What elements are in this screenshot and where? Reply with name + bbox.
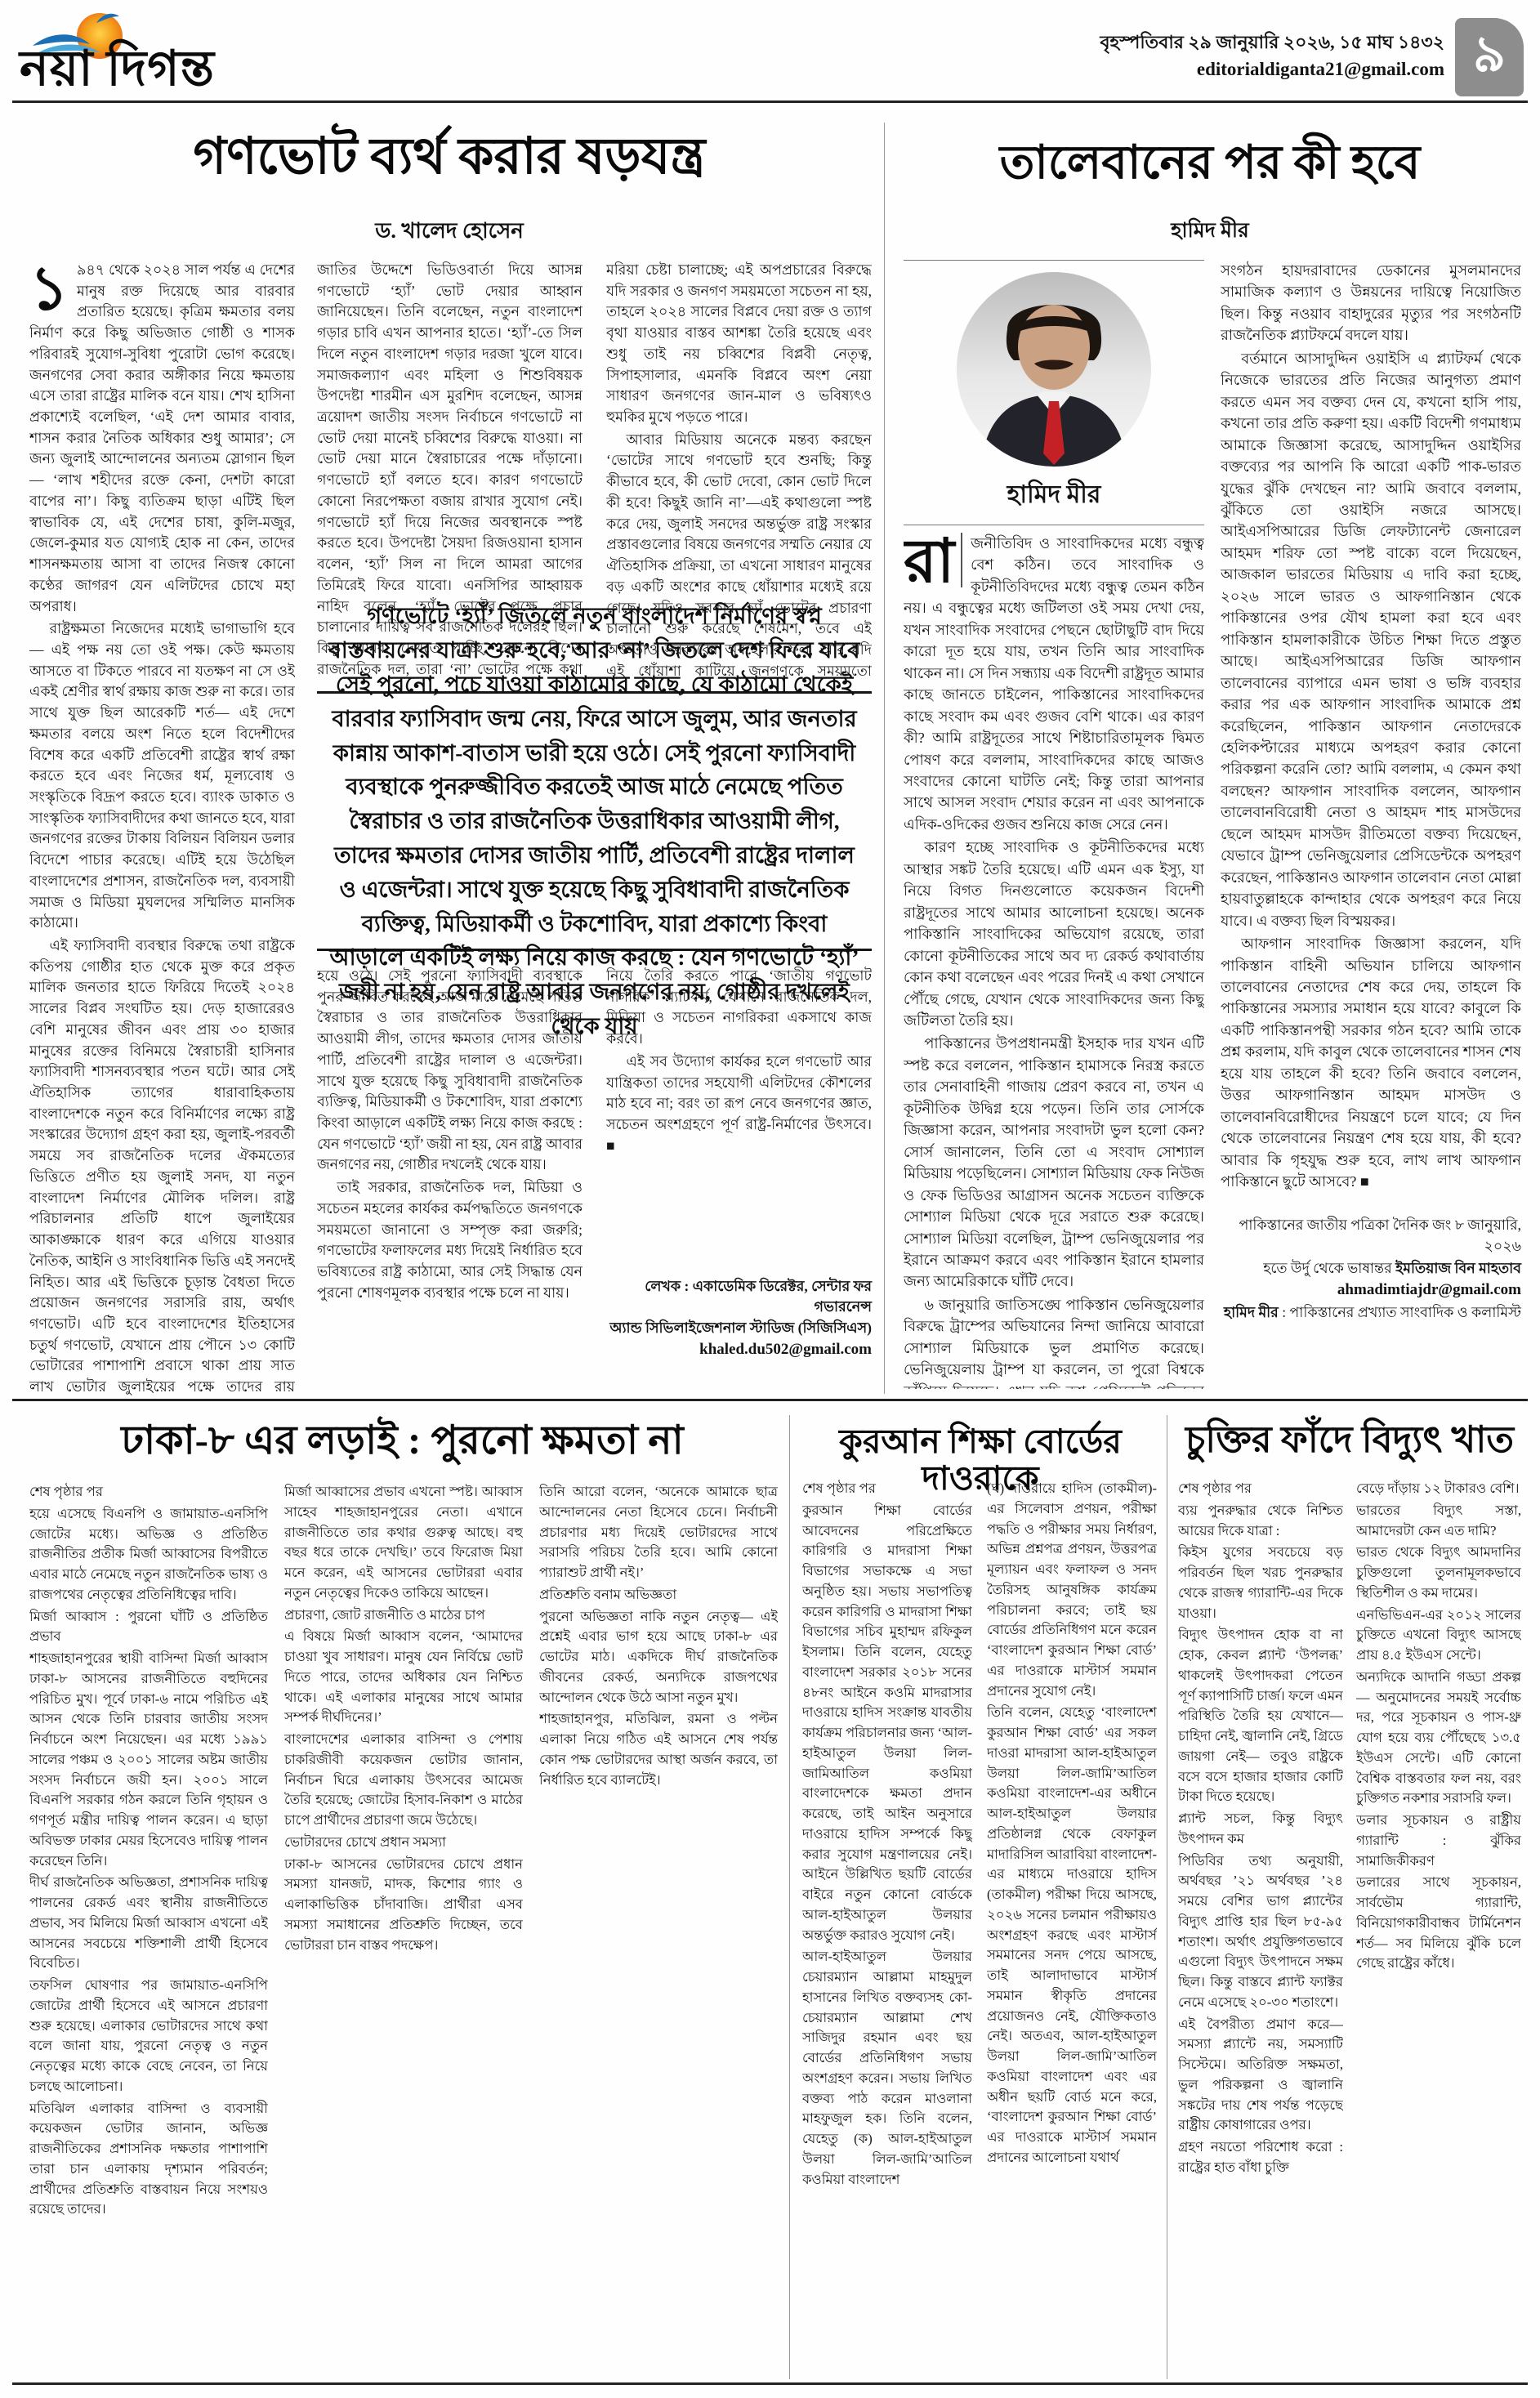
source-line: পাকিস্তানের জাতীয় পত্রিকা দৈনিক জং ৮ জা… [1221,1214,1521,1257]
lead-article-byline: ড. খালেদ হোসেন [25,214,874,250]
paragraph: ডলার সূচকায়ন ও রাষ্ট্রীয় গ্যারান্টি : … [1356,1811,1521,1871]
paragraph: কিইস যুগের সবচেয়ে বড় পরিবর্তন ছিল খরচ … [1178,1543,1343,1623]
masthead-divider [12,100,1528,103]
lead-article-column-3-lower: নিয়ে তৈরি করতে পারে ‘জাতীয় গণভোট নাগরি… [606,966,872,1273]
paragraph: কারণ হচ্ছে সাংবাদিক ও কূটনীতিকদের মধ্যে … [904,837,1204,1031]
second-article-column-2: সংগঠন হায়দরাবাদের ডেকানের মুসলমানদের সা… [1221,260,1521,1204]
author-credit-line2: অ্যান্ড সিভিলাইজেশনাল স্টাডিজ (সিজিসিএস) [606,1318,872,1338]
paragraph: হয়ে ওঠে। সেই পুরনো ফ্যাসিবাদী ব্যবস্থাক… [317,966,583,1176]
paragraph: ভোটারদের চোখে প্রধান সমস্যা [284,1833,523,1853]
lead-article-headline: গণভোট ব্যর্থ করার ষড়যন্ত্র [25,129,874,185]
author-email[interactable]: khaled.du502@gmail.com [606,1338,872,1361]
paragraph: কুরআন শিক্ষা বোর্ডের আবেদনের পরিপ্রেক্ষি… [802,1501,972,1946]
paragraph: আফগান সাংবাদিক জিজ্ঞাসা করলেন, যদি পাকিস… [1221,933,1521,1192]
paragraph: ডলারের সাথে সূচকায়ন, সার্বভৌম গ্যারান্ট… [1356,1873,1521,1974]
paragraph: মতিঝিল এলাকার বাসিন্দা ও ব্যবসায়ী কয়েক… [29,2099,268,2221]
ba1-text: শেষ পৃষ্ঠার পরহয়ে এসেছে বিএনপি ও জামায়… [29,1482,268,2220]
paragraph: (ঘ) দাওরায়ে হাদিস (তাকমীল)-এর সিলেবাস প… [987,1479,1157,1701]
paragraph: শেষ পৃষ্ঠার পর [802,1479,972,1499]
author-name: হামিদ মীর [1224,1304,1279,1320]
editorial-email-link[interactable]: editorialdiganta21@gmail.com [1197,59,1444,79]
second-column2-text: সংগঠন হায়দরাবাদের ডেকানের মুসলমানদের সা… [1221,260,1521,1192]
top-section-vertical-divider [884,123,885,1394]
paragraph: নিয়ে তৈরি করতে পারে ‘জাতীয় গণভোট নাগরি… [606,966,872,1050]
author-bio-line: হামিদ মীর : পাকিস্তানের প্রখ্যাত সাংবাদি… [1221,1302,1521,1323]
paragraph: পুরনো অভিজ্ঞতা নাকি নতুন নেতৃত্ব— এই প্র… [539,1607,778,1708]
paragraph: আল-হাইআতুল উলয়ার চেয়ারম্যান আল্লামা মা… [802,1947,972,2190]
paragraph: সংগঠন হায়দরাবাদের ডেকানের মুসলমানদের সা… [1221,260,1521,346]
lead-first-paragraph: ৯৪৭ থেকে ২০২৪ সাল পর্যন্ত এ দেশের মানুষ … [29,261,295,614]
paragraph: রাষ্ট্রক্ষমতা নিজেদের মধ্যেই ভাগাভাগি হব… [29,618,295,934]
bottom-article3-headline: চুক্তির ফাঁদে বিদ্যুৎ খাত [1176,1420,1523,1461]
paragraph: তিনি বলেন, যেহেতু ‘বাংলাদেশ কুরআন শিক্ষা… [987,1703,1157,2168]
second-article-byline: হামিদ মীর [899,214,1521,249]
paragraph: মরিয়া চেষ্টা চালাচ্ছে; এই অপপ্রচারের বি… [606,260,872,428]
paragraph: এই বৈপরীত্য প্রমাণ করে— সমস্যা প্ল্যান্ট… [1178,2015,1343,2137]
bb2-text: (ঘ) দাওরায়ে হাদিস (তাকমীল)-এর সিলেবাস প… [987,1479,1157,2168]
paragraph: বেড়ে দাঁড়ায় ১২ টাকারও বেশি। [1356,1479,1521,1499]
editorial-email[interactable]: editorialdiganta21@gmail.com [940,56,1444,83]
paragraph: দীর্ঘ রাজনৈতিক অভিজ্ঞতা, প্রশাসনিক দায়ি… [29,1873,268,1974]
paragraph: শেষ পৃষ্ঠার পর [29,1482,268,1503]
paragraph: তাই সরকার, রাজনৈতিক দল, মিডিয়া ও সচেতন … [317,1177,583,1303]
bottom-divider-1 [789,1415,790,2379]
second-drop-cap: রা [904,533,962,587]
translator-email[interactable]: ahmadimtiajdr@gmail.com [1221,1279,1521,1302]
paragraph: মির্জা আব্বাস : পুরনো ঘাঁটি ও প্রতিষ্ঠিত… [29,1607,268,1648]
section-divider [12,1399,1528,1401]
bb1-text: শেষ পৃষ্ঠার পরকুরআন শিক্ষা বোর্ডের আবেদন… [802,1479,972,2190]
paragraph: পাকিস্তানের উপপ্রধানমন্ত্রী ইসহাক দার যখ… [904,1033,1204,1292]
paragraph: ব্যয় পুনরুদ্ধার থেকে নিশ্চিত আয়ের দিকে… [1178,1501,1343,1542]
translator-name: ইমতিয়াজ বিন মাহতাব [1395,1260,1521,1276]
translator-email-link[interactable]: ahmadimtiajdr@gmail.com [1337,1281,1521,1298]
lead-article-column-2-lower: হয়ে ওঠে। সেই পুরনো ফ্যাসিবাদী ব্যবস্থাক… [317,966,583,1394]
ba3-text: তিনি আরো বলেন, ‘অনেকে আমাকে ছাত্র আন্দোল… [539,1482,778,1790]
lead-article-column-1: ১৯৪৭ থেকে ২০২৪ সাল পর্যন্ত এ দেশের মানুষ… [29,260,295,1397]
bottom-article1-headline: ঢাকা-৮ এর লড়াই : পুরনো ক্ষমতা না [25,1418,780,1462]
bottom-article1-column-1: শেষ পৃষ্ঠার পরহয়ে এসেছে বিএনপি ও জামায়… [29,1482,268,2378]
paragraph: শেষ পৃষ্ঠার পর [1178,1479,1343,1499]
paragraph: ভারতের বিদ্যুৎ সস্তা, আমাদেরটা কেন এত দা… [1356,1501,1521,1542]
paragraph: এই সব উদ্যোগ কার্যকর হলে গণভোট আর যান্ত্… [606,1052,872,1157]
paragraph: পিডিবির তথ্য অনুযায়ী, অর্থবছর ’২১ অর্থব… [1178,1851,1343,2013]
second-article-column-1: রাজনীতিবিদ ও সাংবাদিকদের মধ্যে বন্ধুত্ব … [904,533,1204,1389]
bottom-article3-column-2: বেড়ে দাঁড়ায় ১২ টাকারও বেশি।ভারতের বিদ… [1356,1479,1521,2378]
paragraph: বিদ্যুৎ উৎপাদন হোক বা না হোক, কেবল প্ল্য… [1178,1625,1343,1807]
photo-caption: হামিদ মীর [904,475,1204,516]
ba2-text: মির্জা আব্বাসের প্রভাব এখনো স্পষ্ট। আব্ব… [284,1482,523,1955]
newspaper-logo: নয়া দিগন্ত [18,7,263,103]
paragraph: প্ল্যান্ট সচল, কিন্তু বিদ্যুৎ উৎপাদন কম [1178,1809,1343,1850]
bottom-article2-column-1: শেষ পৃষ্ঠার পরকুরআন শিক্ষা বোর্ডের আবেদন… [802,1479,972,2378]
masthead-dateline: বৃহস্পতিবার ২৯ জানুয়ারি ২০২৬, ১৫ মাঘ ১৪… [940,29,1444,83]
paragraph: প্রচারণা, জোট রাজনীতি ও মাঠের চাপ [284,1605,523,1626]
bc1-text: শেষ পৃষ্ঠার পরব্যয় পুনরুদ্ধার থেকে নিশ্… [1178,1479,1343,2178]
second-column1-text: কারণ হচ্ছে সাংবাদিক ও কূটনীতিকদের মধ্যে … [904,837,1204,1389]
lead-drop-cap: ১ [29,260,77,315]
bottom-article1-column-3: তিনি আরো বলেন, ‘অনেকে আমাকে ছাত্র আন্দোল… [539,1482,778,2378]
translator-prefix: হতে উর্দু থেকে ভাষান্তর [1263,1260,1395,1276]
pull-quote-box: গণভোটে ‘হ্যাঁ’ জিতলে নতুন বাংলাদেশ নির্ম… [317,691,872,951]
lead-column2b-text: হয়ে ওঠে। সেই পুরনো ফ্যাসিবাদী ব্যবস্থাক… [317,966,583,1304]
paragraph: শাহজাহানপুর, মতিঝিল, রমনা ও পল্টন এলাকা … [539,1709,778,1790]
bottom-divider-2 [1167,1415,1167,2379]
page-number: ৯ [1473,16,1506,100]
bottom-article3-column-1: শেষ পৃষ্ঠার পরব্যয় পুনরুদ্ধার থেকে নিশ্… [1178,1479,1343,2378]
paragraph: ঢাকা-৮ আসনের ভোটারদের চোখে প্রধান সমস্যা… [284,1855,523,1956]
paragraph: তিনি আরো বলেন, ‘অনেকে আমাকে ছাত্র আন্দোল… [539,1482,778,1583]
second-article-credit: পাকিস্তানের জাতীয় পত্রিকা দৈনিক জং ৮ জা… [1221,1214,1521,1324]
author-photo-block: হামিদ মীর [904,260,1204,525]
author-credit-line1: লেখক : একাডেমিক ডিরেক্টর, সেন্টার ফর গভা… [606,1276,872,1318]
paragraph: হয়ে এসেছে বিএনপি ও জামায়াত-এনসিপি জোটে… [29,1504,268,1605]
paragraph: বাংলাদেশের এলাকার বাসিন্দা ও পেশায় চাকর… [284,1730,523,1831]
paragraph: ৬ জানুয়ারি জাতিসঙ্ঘে পাকিস্তান ভেনিজুয়… [904,1294,1204,1389]
second-article-headline: তালেবানের পর কী হবে [899,137,1521,190]
paragraph: অন্যদিকে আদানি গড্ডা প্রকল্প— অনুমোদনের … [1356,1668,1521,1809]
bc2-text: বেড়ে দাঁড়ায় ১২ টাকারও বেশি।ভারতের বিদ… [1356,1479,1521,1974]
lead-column1-text: রাষ্ট্রক্ষমতা নিজেদের মধ্যেই ভাগাভাগি হব… [29,618,295,1397]
paragraph: ভারত থেকে বিদ্যুৎ আমদানির চুক্তিগুলো তুল… [1356,1543,1521,1603]
author-email-link[interactable]: khaled.du502@gmail.com [699,1341,872,1358]
paragraph: শাহজাহানপুরের স্থায়ী বাসিন্দা মির্জা আব… [29,1649,268,1871]
portrait-illustration-icon [957,272,1151,467]
author-portrait [957,272,1151,467]
paragraph: এই ফ্যাসিবাদী ব্যবস্থার বিরুদ্ধে তথা রাষ… [29,936,295,1397]
author-description: : পাকিস্তানের প্রখ্যাত সাংবাদিক ও কলামিস… [1279,1304,1521,1320]
issue-date: বৃহস্পতিবার ২৯ জানুয়ারি ২০২৬, ১৫ মাঘ ১৪… [940,29,1444,56]
page-bottom-rule [12,2382,1528,2385]
paragraph: এ বিষয়ে মির্জা আব্বাস বলেন, ‘আমাদের চাও… [284,1627,523,1728]
paragraph: বর্তমানে আসাদুদ্দিন ওয়াইসি এ প্ল্যাটফর্… [1221,348,1521,931]
lead-column3b-text: নিয়ে তৈরি করতে পারে ‘জাতীয় গণভোট নাগরি… [606,966,872,1156]
paragraph: এনভিভিএন-এর ২০১২ সালের চুক্তিতে এখনো বিদ… [1356,1605,1521,1666]
translator-line: হতে উর্দু থেকে ভাষান্তর ইমতিয়াজ বিন মাহ… [1221,1257,1521,1279]
paragraph: গ্রহণ নয়তো পরিশোধ করো : রাষ্ট্রের হাত ব… [1178,2137,1343,2178]
lead-article-credit: লেখক : একাডেমিক ডিরেক্টর, সেন্টার ফর গভা… [606,1276,872,1361]
bottom-article2-column-2: (ঘ) দাওরায়ে হাদিস (তাকমীল)-এর সিলেবাস প… [987,1479,1157,2378]
paragraph: তফসিল ঘোষণার পর জামায়াত-এনসিপি জোটের প্… [29,1976,268,2097]
bottom-article1-column-2: মির্জা আব্বাসের প্রভাব এখনো স্পষ্ট। আব্ব… [284,1482,523,2378]
page-number-badge: ৯ [1455,18,1524,96]
paragraph: মির্জা আব্বাসের প্রভাব এখনো স্পষ্ট। আব্ব… [284,1482,523,1604]
paragraph: প্রতিশ্রুতি বনাম অভিজ্ঞতা [539,1585,778,1605]
